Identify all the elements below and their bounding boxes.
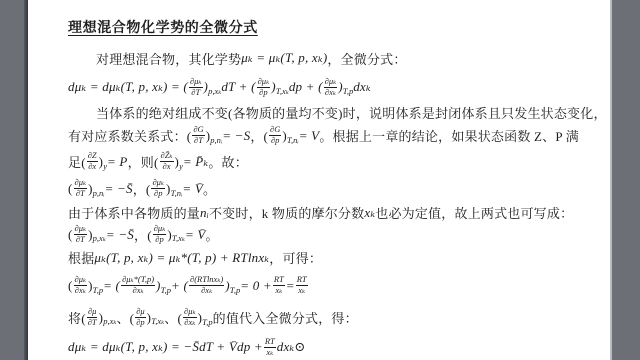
page-content: 理想混合物化学势的全微分式对理想混合物，其化学势μₖ = μₖ(T, p, xₖ…: [68, 10, 596, 360]
text-line-f4: (∂μₖ∂xₖ)T,p = (∂μₖ*(T,p)∂xₖ)T,p + (∂(RTl…: [68, 269, 596, 302]
fraction: ∂μ∂T: [87, 307, 98, 328]
text-line-f2: (∂μₖ∂T)p,nᵢ = −S̄，(∂μₖ∂p)T,nᵢ = V̄。: [68, 175, 596, 202]
fraction: ∂μₖ*(T,p)∂xₖ: [121, 275, 155, 296]
fraction: ∂μₖ∂xₖ: [324, 77, 338, 98]
text-line-p4: 根据μₖ(T, p, xₖ) = μₖ*(T, p) + RTlnxₖ，可得：: [68, 246, 596, 269]
fraction: ∂μ∂p: [135, 307, 145, 328]
text-line-p1: 对理想混合物，其化学势μₖ = μₖ(T, p, xₖ)，全微分式：: [68, 44, 596, 72]
fraction: ∂μₖ∂T: [74, 224, 88, 245]
fraction: RTxₖ: [264, 337, 276, 358]
fraction: ∂Z̄ₖ∂x: [160, 151, 174, 172]
page-title: 理想混合物化学势的全微分式: [68, 10, 596, 44]
fraction: RTxₖ: [296, 275, 308, 296]
fraction: ∂μₖ∂p: [257, 77, 271, 98]
text-line-p2a: 当体系的绝对组成不变(各物质的量均不变)时，说明体系是封闭体系且只发生状态变化，: [68, 102, 596, 123]
fraction: ∂Z∂x: [87, 151, 98, 172]
text-line-p2c: 足(∂Z∂x)y = P，则(∂Z̄ₖ∂x)y = P̄ₖ。故：: [68, 148, 596, 175]
text-line-p3: 由于体系中各物质的量nᵢ不变时，k 物质的摩尔分数xₖ也必为定值，故上两式也可写…: [68, 202, 596, 223]
fraction: ∂μₖ∂xₖ: [74, 275, 88, 296]
document-page: 理想混合物化学势的全微分式对理想混合物，其化学势μₖ = μₖ(T, p, xₖ…: [28, 0, 610, 360]
text-line-f1: dμₖ = dμₖ(T, p, xₖ) = (∂μₖ∂T)p,xₖdT + (∂…: [68, 72, 596, 102]
fraction: ∂μₖ∂T: [74, 178, 88, 199]
text-line-f3: (∂μₖ∂T)p,xₖ = −S̄，(∂μₖ∂p)T,xₖ = V̄。: [68, 223, 596, 246]
fraction: ∂μₖ∂xₖ: [183, 307, 197, 328]
viewer-background-right: [612, 0, 640, 360]
fraction: ∂μₖ∂p: [151, 178, 165, 199]
fraction: ∂μₖ∂p: [153, 224, 167, 245]
fraction: ∂μₖ∂T: [189, 77, 203, 98]
text-line-f5: dμₖ = dμₖ(T, p, xₖ) = −S̄dT + V̄dp + RTx…: [68, 333, 596, 360]
fraction: ∂(RTlnxₖ)∂xₖ: [189, 275, 224, 296]
fraction: ∂G∂p: [269, 125, 281, 146]
text-line-p5: 将(∂μ∂T)p,xₖ、(∂μ∂p)T,xₖ、(∂μₖ∂xₖ)T,p的值代入全微…: [68, 302, 596, 333]
fraction: RTxₖ: [273, 275, 285, 296]
fraction: ∂G∂T: [192, 125, 204, 146]
viewer-background-left: [0, 0, 24, 360]
text-line-p2b: 有对应系数关系式：(∂G∂T)p,nᵢ = −S，(∂G∂p)T,nᵢ = V。…: [68, 123, 596, 148]
